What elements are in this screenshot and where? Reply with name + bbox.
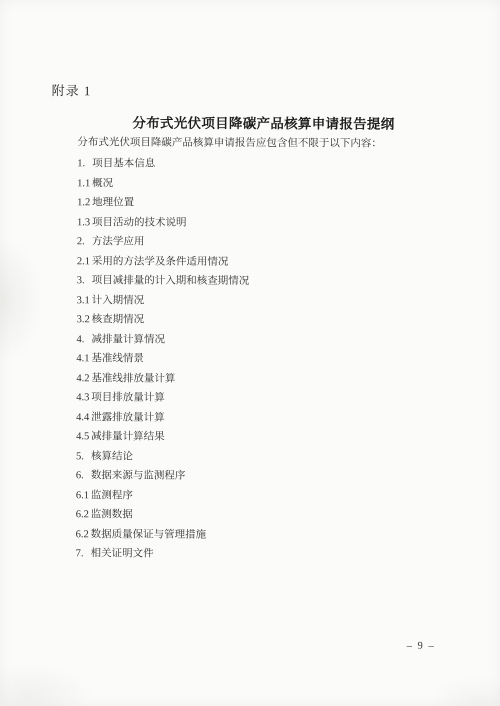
intro-paragraph: 分布式光伏项目降碳产品核算申请报告应包含但不限于以下内容： [77, 134, 382, 150]
outline-item: 2.方法学应用 [77, 232, 250, 252]
outline-item-label: 基准线排放量计算 [91, 369, 175, 389]
outline-item-label: 采用的方法学及条件适用情况 [92, 252, 229, 272]
outline-item-number: 6.2 [76, 505, 91, 525]
outline-item-label: 数据来源与监测程序 [91, 466, 186, 486]
outline-item: 1.项目基本信息 [77, 154, 250, 174]
outline-item: 4.减排量计算情况 [76, 330, 249, 350]
outline-item-label: 监测数据 [91, 505, 133, 525]
outline-item-label: 减排量计算情况 [91, 330, 165, 350]
outline-item: 3.1计入期情况 [77, 291, 250, 311]
outline-item-number: 5. [76, 447, 91, 467]
outline-item-number: 7. [76, 544, 91, 564]
outline-item-label: 基准线情景 [91, 349, 144, 369]
outline-item-label: 项目基本信息 [92, 154, 155, 174]
outline-item: 6.数据来源与监测程序 [76, 466, 249, 486]
outline-item-number: 2. [77, 232, 92, 252]
outline-item-number: 4.2 [76, 369, 91, 389]
outline-item: 4.3项目排放量计算 [76, 388, 249, 408]
outline-item-label: 泄露排放量计算 [91, 408, 165, 428]
outline-item-number: 2.1 [77, 252, 92, 272]
outline-item-number: 3. [77, 271, 92, 291]
outline-item-label: 核算结论 [91, 447, 133, 467]
outline-item: 1.3项目活动的技术说明 [77, 213, 250, 233]
outline-item-number: 6. [76, 466, 91, 486]
outline-item-label: 项目活动的技术说明 [92, 213, 187, 233]
outline-item-number: 4.1 [76, 349, 91, 369]
outline-item-label: 计入期情况 [92, 291, 145, 311]
outline-item-number: 4.4 [76, 408, 91, 428]
outline-item-number: 6.2 [76, 525, 91, 545]
outline-item: 5.核算结论 [76, 447, 249, 467]
outline-item: 4.1基准线情景 [76, 349, 249, 369]
outline-item: 6.1监测程序 [76, 486, 249, 506]
outline-item-label: 相关证明文件 [91, 544, 154, 564]
outline-item: 3.2核查期情况 [77, 310, 250, 330]
outline-item-number: 4.5 [76, 427, 91, 447]
outline-item-number: 1. [77, 154, 92, 174]
outline-item: 7.相关证明文件 [76, 544, 249, 564]
document-content: 附录 1 分布式光伏项目降碳产品核算申请报告提纲 分布式光伏项目降碳产品核算申请… [0, 0, 500, 706]
outline-item-label: 核查期情况 [92, 310, 145, 330]
outline-item-label: 地理位置 [92, 193, 134, 213]
document-title: 分布式光伏项目降碳产品核算申请报告提纲 [0, 111, 500, 133]
outline-item-number: 6.1 [76, 486, 91, 506]
outline-item: 2.1采用的方法学及条件适用情况 [77, 252, 250, 272]
outline-item-number: 1.2 [77, 193, 92, 213]
outline-item: 1.2地理位置 [77, 193, 250, 213]
outline-item: 6.2监测数据 [76, 505, 249, 525]
outline-item-label: 项目减排量的计入期和核查期情况 [92, 271, 250, 291]
outline-item: 1.1概况 [77, 174, 250, 194]
outline-item-label: 方法学应用 [92, 232, 145, 252]
outline-item: 3.项目减排量的计入期和核查期情况 [77, 271, 250, 291]
outline-item-number: 4.3 [76, 388, 91, 408]
outline-item-label: 概况 [92, 174, 113, 194]
outline-item-number: 1.1 [77, 174, 92, 194]
outline-item: 4.5减排量计算结果 [76, 427, 249, 447]
outline-item-number: 3.2 [77, 310, 92, 330]
outline-item-label: 数据质量保证与管理措施 [91, 525, 207, 545]
appendix-label: 附录 1 [52, 80, 92, 99]
outline-item-label: 减排量计算结果 [91, 427, 165, 447]
outline-item: 6.2数据质量保证与管理措施 [76, 525, 249, 545]
outline-item: 4.2基准线排放量计算 [76, 369, 249, 389]
outline-item-label: 项目排放量计算 [91, 388, 165, 408]
scanned-document-page: 附录 1 分布式光伏项目降碳产品核算申请报告提纲 分布式光伏项目降碳产品核算申请… [0, 0, 500, 706]
outline-item-number: 4. [76, 330, 91, 350]
report-outline-list: 1.项目基本信息 1.1概况 1.2地理位置 1.3项目活动的技术说明 2.方法… [76, 154, 250, 564]
outline-item-number: 3.1 [77, 291, 92, 311]
outline-item-number: 1.3 [77, 213, 92, 233]
outline-item: 4.4泄露排放量计算 [76, 408, 249, 428]
outline-item-label: 监测程序 [91, 486, 133, 506]
page-number: – 9 – [407, 641, 436, 652]
